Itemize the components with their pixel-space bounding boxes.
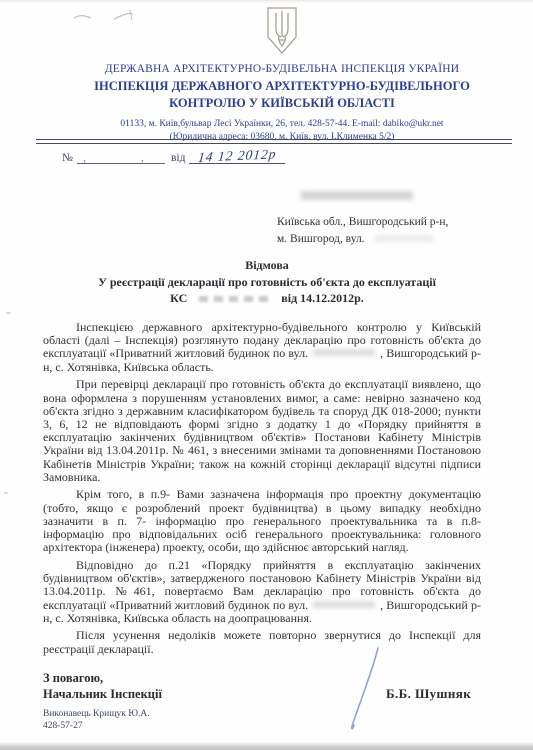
org-name-line2: ІНСПЕКЦІЯ ДЕРЖАВНОГО АРХІТЕКТУРНО-БУДІВЕ…: [32, 79, 532, 94]
recipient-block: Київська обл., Вишгородський р-н, м. Виш…: [277, 191, 492, 248]
signer-position: Начальник Інспекції: [43, 686, 162, 702]
date-blank: 14 12 2012р: [189, 148, 285, 164]
letter-body: Інспекцією державного архітектурно-будів…: [43, 321, 481, 660]
paragraph-1: Інспекцією державного архітектурно-будів…: [43, 321, 481, 374]
redacted-ks-number: [199, 296, 269, 302]
reference-line: №, , ,від14 12 2012р: [62, 148, 285, 164]
executor-phone: 428-57-27: [43, 720, 150, 732]
scanned-letter-page: ДЕРЖАВНА АРХІТЕКТУРНО-БУДІВЕЛЬНА ІНСПЕКЦ…: [0, 0, 533, 750]
document-title: Відмова У реєстрації декларації про гото…: [32, 257, 502, 307]
redacted-street-name: [375, 235, 433, 242]
scan-edge-bottom: [0, 742, 533, 750]
paragraph-5: Після усунення недоліків можете повторно…: [43, 629, 481, 655]
signature-block: З повагою, Начальник Інспекції: [43, 670, 162, 702]
scan-speck: [4, 492, 8, 494]
title-line2: У реєстрації декларації про готовність о…: [32, 274, 502, 291]
title-ref-line: КСвід 14.12.2012р.: [32, 290, 502, 307]
paragraph-2: При перевірці декларації про готовність …: [43, 378, 481, 484]
redacted-address-1: [313, 349, 375, 356]
letterhead: ДЕРЖАВНА АРХІТЕКТУРНО-БУДІВЕЛЬНА ІНСПЕКЦ…: [32, 6, 532, 144]
handwritten-date: 14 12 2012р: [197, 146, 277, 166]
executor-block: Виконавець Крищук Ю.А. 428-57-27: [43, 708, 150, 732]
recipient-line2: м. Вишгород, вул.: [277, 231, 492, 248]
signer-name: Б.Б. Шушняк: [386, 686, 471, 702]
tryzub-emblem-icon: [265, 6, 299, 56]
date-label: від: [171, 152, 185, 164]
scan-speck: [6, 312, 11, 314]
recipient-line1: Київська обл., Вишгородський р-н,: [277, 214, 492, 231]
handwritten-signature: [338, 644, 390, 736]
paragraph-3: Крім того, в п.9- Вами зазначена інформа…: [43, 488, 481, 554]
number-label: №: [62, 152, 73, 164]
paragraph-4: Відповідно до п.21 «Порядку прийняття в …: [43, 559, 481, 625]
number-blank: , , ,: [77, 150, 165, 164]
redacted-address-2: [313, 601, 375, 608]
executor-name: Виконавець Крищук Ю.А.: [43, 708, 150, 720]
redacted-recipient-name: [301, 191, 413, 200]
org-name-line3: КОНТРОЛЮ У КИЇВСЬКІЙ ОБЛАСТІ: [32, 96, 532, 111]
scan-edge-top: [0, 0, 533, 3]
closing-phrase: З повагою,: [43, 670, 162, 686]
title-line1: Відмова: [32, 257, 502, 274]
letterhead-double-rule: [36, 139, 512, 144]
org-address-line1: 01133, м. Київ,бульвар Лесі Українки, 26…: [32, 118, 532, 131]
org-name-country: ДЕРЖАВНА АРХІТЕКТУРНО-БУДІВЕЛЬНА ІНСПЕКЦ…: [32, 63, 532, 75]
